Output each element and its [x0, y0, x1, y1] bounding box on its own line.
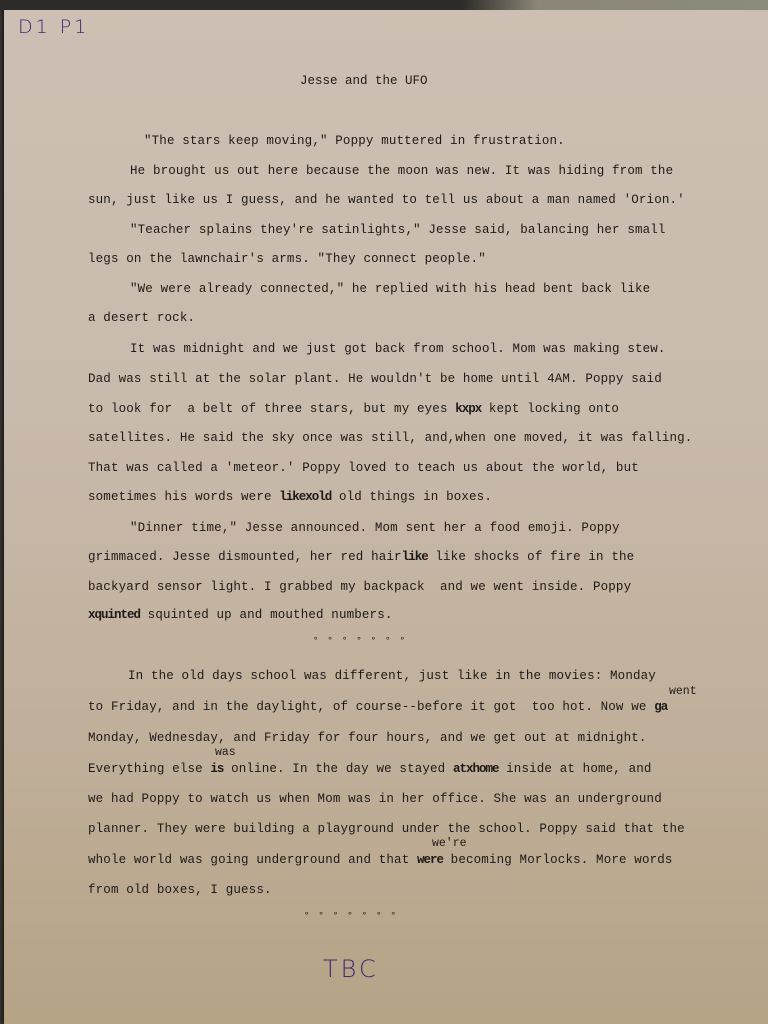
story-title: Jesse and the UFO — [300, 74, 428, 88]
text-line: "Teacher splains they're satinlights," J… — [130, 223, 666, 237]
text-segment: like shocks of fire in the — [428, 550, 635, 564]
text-line: to Friday, and in the daylight, of cours… — [88, 700, 667, 714]
strikeout: is — [210, 762, 223, 776]
text-line: sun, just like us I guess, and he wanted… — [88, 193, 685, 207]
text-segment: online. In the day we stayed — [223, 762, 453, 776]
text-segment: whole world was going underground and th… — [88, 853, 417, 867]
text-line: He brought us out here because the moon … — [130, 164, 673, 178]
text-line: backyard sensor light. I grabbed my back… — [88, 580, 631, 594]
inserted-word: we're — [432, 837, 467, 850]
text-line: xquinted squinted up and mouthed numbers… — [88, 608, 393, 622]
text-line: sometimes his words were likexold old th… — [88, 490, 492, 504]
inserted-word: went — [669, 685, 697, 698]
text-segment: grimmaced. Jesse dismounted, her red hai… — [88, 550, 402, 564]
text-line: That was called a 'meteor.' Poppy loved … — [88, 461, 639, 475]
text-segment: old things in boxes. — [331, 490, 492, 504]
text-segment: to look for a belt of three stars, but m… — [88, 402, 455, 416]
text-segment: Everything else — [88, 762, 210, 776]
text-line: It was midnight and we just got back fro… — [130, 342, 666, 356]
text-line: to look for a belt of three stars, but m… — [88, 402, 619, 416]
text-line: a desert rock. — [88, 311, 195, 325]
handwritten-tbc: TBC — [323, 955, 379, 983]
text-line: grimmaced. Jesse dismounted, her red hai… — [88, 550, 634, 564]
desk-edge — [0, 0, 768, 10]
page-marker: D1 P1 — [18, 16, 89, 38]
text-segment: kept locking onto — [481, 402, 619, 416]
text-segment: inside at home, and — [499, 762, 652, 776]
text-line: "Dinner time," Jesse announced. Mom sent… — [130, 521, 620, 535]
inserted-word: was — [215, 746, 236, 759]
text-line: planner. They were building a playground… — [88, 822, 685, 836]
strikeout: were — [417, 853, 443, 867]
strikeout: atxhome — [453, 762, 499, 776]
text-line: In the old days school was different, ju… — [128, 669, 656, 683]
section-break: ∘∘∘∘∘∘∘ — [313, 634, 414, 644]
text-line: Dad was still at the solar plant. He wou… — [88, 372, 662, 386]
text-segment: becoming Morlocks. More words — [443, 853, 673, 867]
text-line: whole world was going underground and th… — [88, 853, 673, 867]
text-line: satellites. He said the sky once was sti… — [88, 431, 692, 445]
end-break: ∘∘∘∘∘∘∘ — [304, 909, 405, 919]
strikeout: xquinted — [88, 608, 140, 622]
text-line: Everything else is online. In the day we… — [88, 762, 652, 776]
typed-page — [4, 4, 768, 1024]
text-segment: squinted up and mouthed numbers. — [140, 608, 393, 622]
strikeout: like — [402, 550, 428, 564]
text-line: "The stars keep moving," Poppy muttered … — [144, 134, 565, 148]
text-segment: sometimes his words were — [88, 490, 279, 504]
strikeout: kxpx — [455, 402, 481, 416]
text-line: legs on the lawnchair's arms. "They conn… — [88, 252, 486, 266]
strikeout: ga — [654, 700, 667, 714]
text-line: from old boxes, I guess. — [88, 883, 272, 897]
text-line: Monday, Wednesday, and Friday for four h… — [88, 731, 647, 745]
text-line: we had Poppy to watch us when Mom was in… — [88, 792, 662, 806]
strikeout: likexold — [279, 490, 331, 504]
text-line: "We were already connected," he replied … — [130, 282, 650, 296]
text-segment: to Friday, and in the daylight, of cours… — [88, 700, 654, 714]
